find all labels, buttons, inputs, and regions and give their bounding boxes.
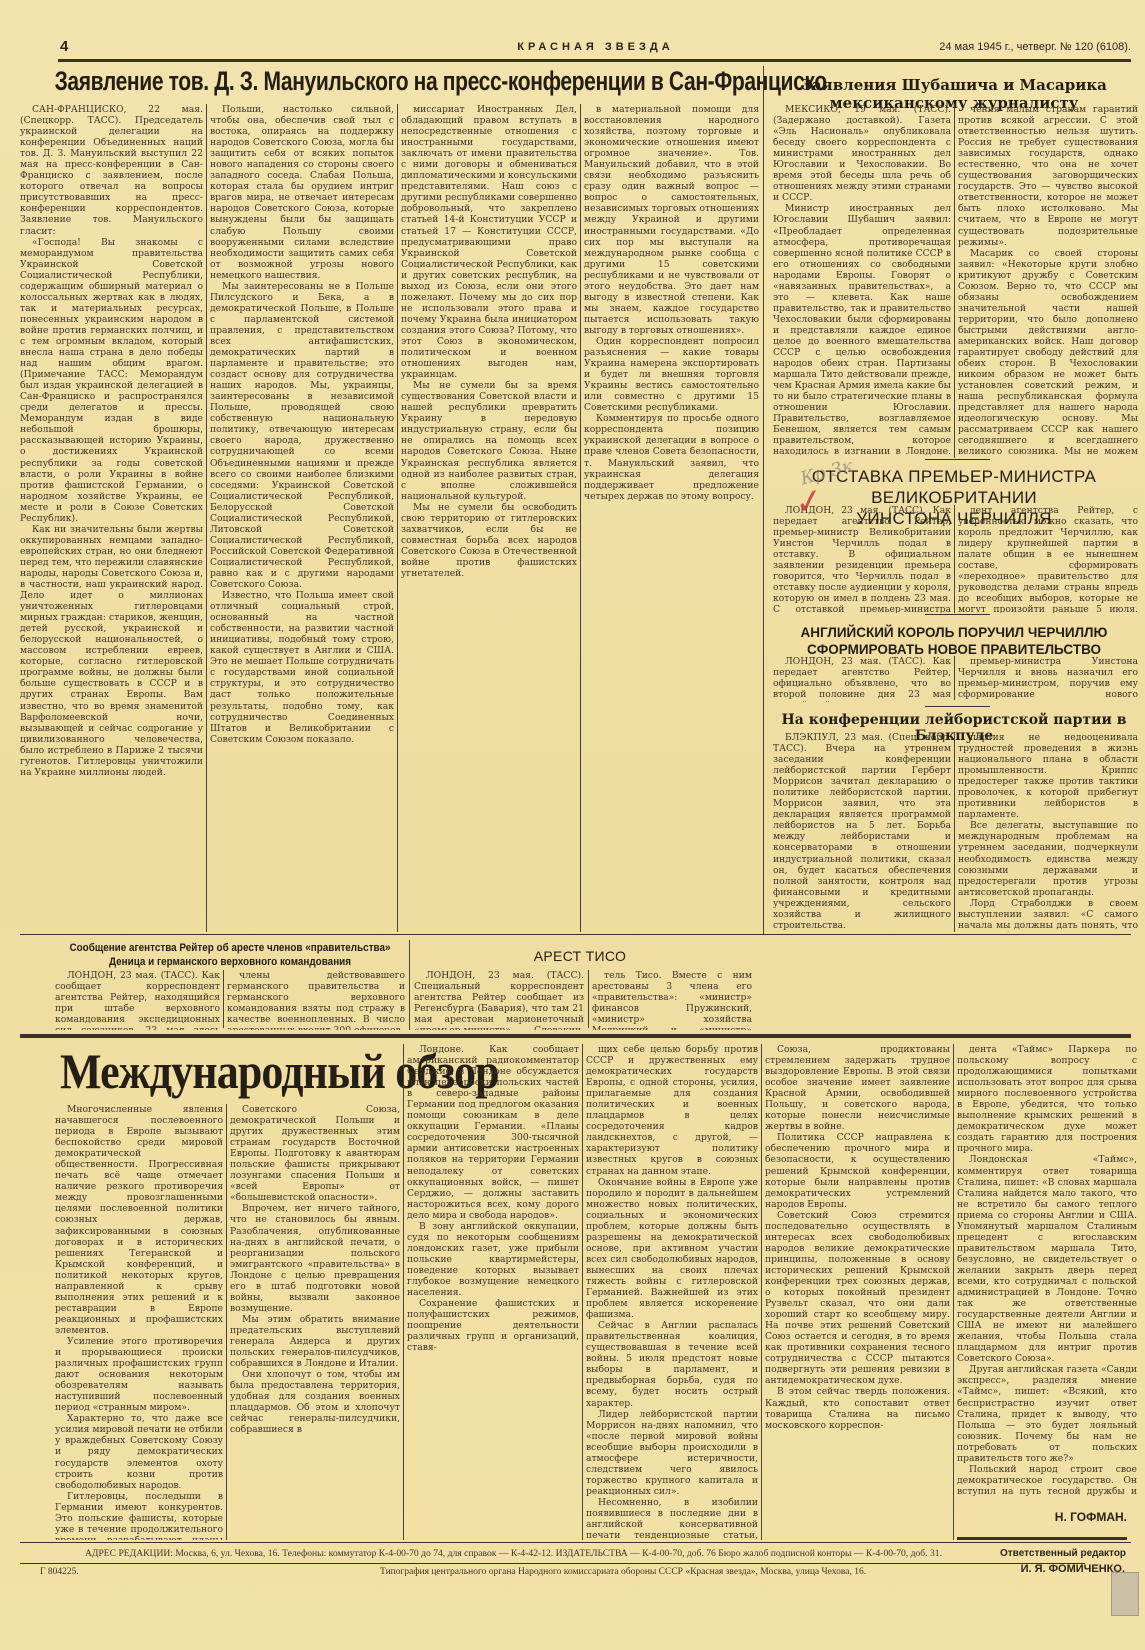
paragraph: Все делегаты, выступавшие по международн… [958,820,1138,897]
intl-review-col-5: Союза, продиктованы стремлением задержат… [765,1044,950,1540]
paragraph: Известно, что Польша имеет свой отличный… [210,590,394,745]
paragraph: Впрочем, нет ничего тайного, что не стан… [230,1203,400,1313]
intl-review-col-2: Советского Союза, демократической Польши… [230,1104,400,1540]
paragraph: В зону английской оккупации, судя по нек… [407,1221,579,1298]
paragraph: Окончание войны в Европе уже породило и … [586,1177,758,1321]
reuters-arrest-headline: Сообщение агентства Рейтер об аресте чле… [59,941,401,969]
shubasic-headline-line1: Заявления Шубашича и Масарика [770,76,1138,94]
paragraph: Политика СССР направлена к обеспечению п… [765,1132,950,1209]
paragraph: Многочисленные явления начавшегося после… [55,1104,223,1336]
paragraph: Лорд Страболджи в своем выступлении заяв… [958,898,1138,932]
footer-rule [20,1542,1131,1543]
column-divider [954,104,955,458]
paragraph: Они хлопочут о том, чтобы им была предос… [230,1369,400,1435]
labour-col-1: БЛЭКПУЛ, 23 мая. (Спец. корр. ТАСС). Вче… [773,732,951,932]
paragraph: Мы не сумели бы освободить свою территор… [401,502,577,579]
paragraph: Сохранение фашистских и полуфашистских р… [407,1298,579,1353]
column-divider [588,970,589,1028]
labour-col-2: партия не недооценивала трудностей прове… [958,732,1138,932]
paragraph: Союза, продиктованы стремлением задержат… [765,1044,950,1132]
tiso-col-1: ЛОНДОН, 23 мая. (ТАСС). Специальный корр… [414,970,584,1030]
editorial-address: АДРЕС РЕДАКЦИИ: Москва, 6, ул. Чехова, 1… [85,1548,942,1559]
column-divider [226,1104,227,1540]
editor-label: Ответственный редактор [1000,1548,1126,1559]
intl-review-col-1: Многочисленные явления начавшегося после… [55,1104,223,1540]
column-divider [582,1044,583,1540]
paragraph: дент агентства Рейтер, с уверенностью мо… [958,505,1138,613]
manuilsky-col-1: САН-ФРАНЦИСКО, 22 мая. (Спецкорр. ТАСС).… [20,104,203,932]
paragraph: Польши, настолько сильной, чтобы она, об… [210,104,394,281]
paragraph: Лидер лейбористской партии Моррисон на-д… [586,1409,758,1497]
reuters-arrest-headline-line1: Сообщение агентства Рейтер об аресте чле… [59,941,401,955]
intl-review-author: Н. ГОФМАН. [1055,1510,1127,1524]
paragraph: миссариат Иностранных Дел, обладающий пр… [401,104,577,380]
column-divider [954,732,955,932]
paragraph: ЛОНДОН, 23 мая. (ТАСС). Как передает аге… [773,656,951,702]
manuilsky-col-4: в материальной помощи для восстановления… [584,104,759,932]
issue-date: 24 мая 1945 г., четверг. № 120 (6108). [939,41,1131,53]
column-divider [953,1044,954,1540]
paragraph: Министр иностранных дел Югославии Шубаши… [773,203,951,458]
paragraph: Советский Союз стремится последовательно… [765,1210,950,1387]
paragraph: Лондоне. Как сообщает американский радио… [407,1044,579,1221]
column-divider [954,505,955,613]
printer-info: Типография центрального органа Народного… [380,1567,866,1577]
paragraph: Мы не сумели бы за время существования С… [401,380,577,502]
churchill-resign-col-2: дент агентства Рейтер, с уверенностью мо… [958,505,1138,613]
paragraph: Польский народ строит свое демократическ… [957,1464,1137,1496]
column-divider [763,66,764,934]
reuters-arrest-col-1: ЛОНДОН, 23 мая. (ТАСС). Как сообщает кор… [55,970,220,1030]
paragraph: Один корреспондент попросил разъяснения … [584,336,759,413]
paragraph: Гитлеровцы, последыши в Германии имеют к… [55,1491,223,1540]
archive-stamp [1111,1572,1139,1616]
paragraph: ЛОНДОН, 23 мая. (ТАСС). Специальный корр… [414,970,584,1030]
paragraph: В этом сейчас твердь положения. Каждый, … [765,1386,950,1430]
paragraph: БЛЭКПУЛ, 23 мая. (Спец. корр. ТАСС). Вче… [773,732,951,931]
paragraph: Комментируя по просьбе одного корреспонд… [584,413,759,501]
king-churchill-headline-line1: АНГЛИЙСКИЙ КОРОЛЬ ПОРУЧИЛ ЧЕРЧИЛЛЮ [770,624,1138,641]
column-divider [761,1044,762,1540]
paragraph: Усиление этого противоречия и прорывающи… [55,1336,223,1413]
manuilsky-col-2: Польши, настолько сильной, чтобы она, об… [210,104,394,932]
manuilsky-col-3: миссариат Иностранных Дел, обладающий пр… [401,104,577,932]
editor-rule [957,1537,1127,1540]
paragraph: премьер-министра Уинстона Черчилля и вно… [958,656,1138,702]
section-rule [20,934,1131,935]
paragraph: Лондонская «Таймс», комментируя ответ то… [957,1154,1137,1364]
paragraph: Несомненно, в изобилии появившиеся в пос… [586,1497,758,1540]
paragraph: МЕКСИКО, 19 мая. (ТАСС). (Задержано дост… [773,104,951,203]
paragraph: Характерно то, что даже все усилия миров… [55,1413,223,1490]
paragraph: дента «Таймс» Паркера по польскому вопро… [957,1044,1137,1154]
column-divider [206,104,207,932]
tiso-col-2: тель Тисо. Вместе с ним арестованы 3 чле… [592,970,752,1030]
shubasic-col-1: МЕКСИКО, 19 мая. (ТАСС). (Задержано дост… [773,104,951,458]
reuters-arrest-col-2: члены действовавшего германского правите… [227,970,405,1030]
separator [925,706,990,707]
paragraph: Мы заинтересованы не в Польше Пилсудског… [210,281,394,590]
paragraph: Сейчас в Англии распалась правительствен… [586,1320,758,1408]
column-divider [954,656,955,700]
paragraph: ЛОНДОН, 23 мая. (ТАСС). Как сообщает кор… [55,970,220,1030]
intl-review-col-3: Лондоне. Как сообщает американский радио… [407,1044,579,1540]
paragraph: САН-ФРАНЦИСКО, 22 мая. (Спецкорр. ТАСС).… [20,104,203,237]
section-heavy-rule [20,1034,1131,1038]
newspaper-page: 4 КРАСНАЯ ЗВЕЗДА 24 мая 1945 г., четверг… [0,0,1145,1650]
column-divider [223,970,224,1028]
separator [925,459,990,460]
king-churchill-headline: АНГЛИЙСКИЙ КОРОЛЬ ПОРУЧИЛ ЧЕРЧИЛЛЮ СФОРМ… [770,624,1138,658]
column-divider [397,104,398,932]
editor-name: И. Я. ФОМИЧЕНКО. [1021,1563,1125,1575]
intl-review-col-4: щих себе целью борьбу против СССР и друж… [586,1044,758,1540]
paragraph: чения малым странам гарантий против всяк… [958,104,1138,248]
column-divider [403,1044,404,1540]
intl-review-col-6: дента «Таймс» Паркера по польскому вопро… [957,1044,1137,1496]
paragraph: щих себе целью борьбу против СССР и друж… [586,1044,758,1177]
paragraph: Мы этим обратить внимание предательских … [230,1314,400,1369]
footer-rule [20,1563,1085,1564]
masthead-rule [58,59,1131,62]
paragraph: тель Тисо. Вместе с ним арестованы 3 чле… [592,970,752,1030]
tiso-headline: АРЕСТ ТИСО [410,946,750,967]
paragraph: Советского Союза, демократической Польши… [230,1104,400,1203]
king-churchill-col-2: премьер-министра Уинстона Черчилля и вно… [958,656,1138,702]
king-churchill-col-1: ЛОНДОН, 23 мая. (ТАСС). Как передает аге… [773,656,951,702]
paragraph: члены действовавшего германского правите… [227,970,405,1030]
manuilsky-headline: Заявление тов. Д. З. Мануильского на пре… [55,66,726,97]
shubasic-col-2: чения малым странам гарантий против всяк… [958,104,1138,458]
paragraph: Другая английская газета «Санди экспресс… [957,1364,1137,1463]
paragraph: партия не недооценивала трудностей прове… [958,732,1138,820]
column-divider [580,104,581,932]
print-code: Г 804225. [40,1567,79,1577]
separator [925,614,990,615]
reuters-arrest-headline-line2: Деница и германского верховного командов… [59,955,401,969]
paragraph: «Господа! Вы знакомы с меморандумом прав… [20,237,203,524]
paragraph: Моррисон призывал к сохранению в дни мир… [773,931,951,932]
masthead: 4 КРАСНАЯ ЗВЕЗДА 24 мая 1945 г., четверг… [60,38,1131,60]
paragraph: в материальной помощи для восстановления… [584,104,759,336]
paragraph: Как ни значительны были жертвы оккупиров… [20,524,203,778]
paragraph: Масарик со своей стороны заявил: «Некото… [958,248,1138,458]
